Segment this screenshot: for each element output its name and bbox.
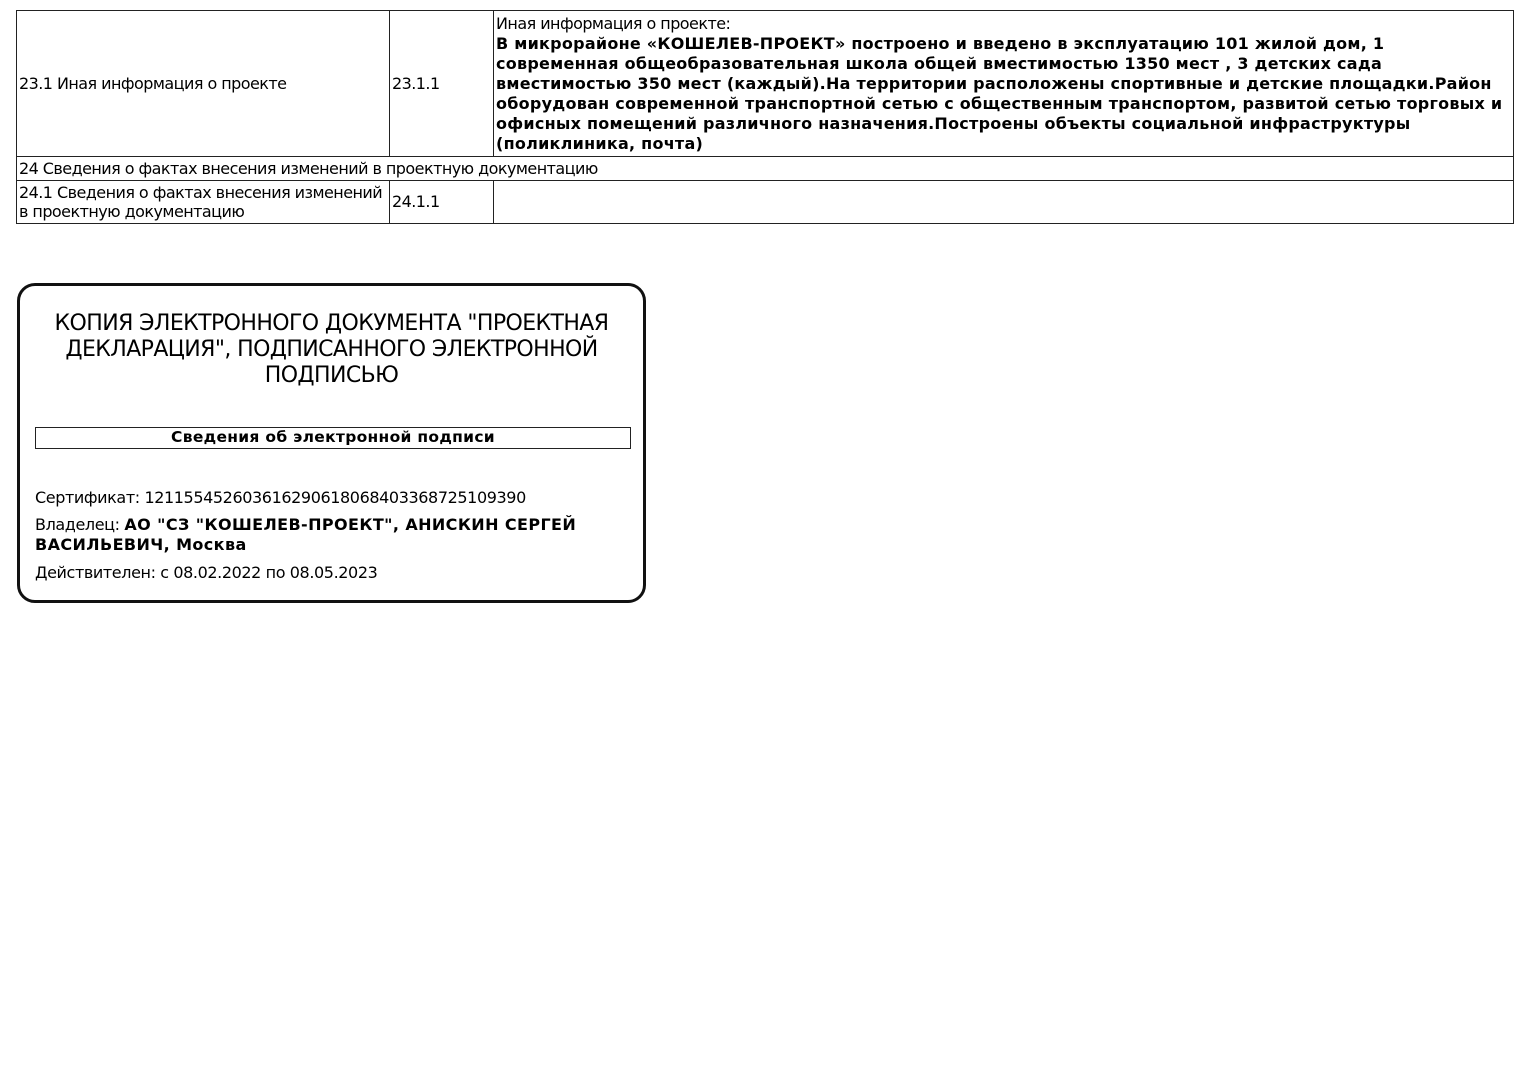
declaration-table: 23.1 Иная информация о проекте 23.1.1 Ин… — [16, 10, 1514, 224]
valid-value: с 08.02.2022 по 08.05.2023 — [160, 563, 377, 582]
value-heading: Иная информация о проекте: — [496, 14, 1511, 34]
stamp-subtitle: Сведения об электронной подписи — [35, 427, 631, 449]
row-code: 24.1.1 — [390, 181, 494, 224]
owner-line: Владелец: АО "СЗ "КОШЕЛЕВ-ПРОЕКТ", АНИСК… — [35, 515, 595, 555]
row-value — [494, 181, 1514, 224]
validity-line: Действителен: с 08.02.2022 по 08.05.2023 — [35, 563, 377, 583]
table-row-23-1: 23.1 Иная информация о проекте 23.1.1 Ин… — [17, 11, 1514, 157]
row-label: 24.1 Сведения о фактах внесения изменени… — [17, 181, 390, 224]
table-row-24-1: 24.1 Сведения о фактах внесения изменени… — [17, 181, 1514, 224]
row-code: 23.1.1 — [390, 11, 494, 157]
section-header-24: 24 Сведения о фактах внесения изменений … — [17, 157, 1514, 181]
row-value: Иная информация о проекте: В микрорайоне… — [494, 11, 1514, 157]
electronic-signature-stamp: КОПИЯ ЭЛЕКТРОННОГО ДОКУМЕНТА "ПРОЕКТНАЯ … — [17, 283, 646, 603]
section-label: 24 Сведения о фактах внесения изменений … — [17, 157, 1514, 181]
valid-label: Действителен: — [35, 563, 156, 582]
stamp-title: КОПИЯ ЭЛЕКТРОННОГО ДОКУМЕНТА "ПРОЕКТНАЯ … — [20, 311, 643, 389]
certificate-line: Сертификат: 1211554526036162906180684033… — [35, 488, 526, 508]
row-label: 23.1 Иная информация о проекте — [17, 11, 390, 157]
owner-label: Владелец: — [35, 515, 120, 534]
certificate-label: Сертификат: — [35, 488, 140, 507]
certificate-value: 121155452603616290618068403368725109390 — [144, 488, 525, 507]
value-text: В микрорайоне «КОШЕЛЕВ-ПРОЕКТ» построено… — [496, 34, 1511, 154]
